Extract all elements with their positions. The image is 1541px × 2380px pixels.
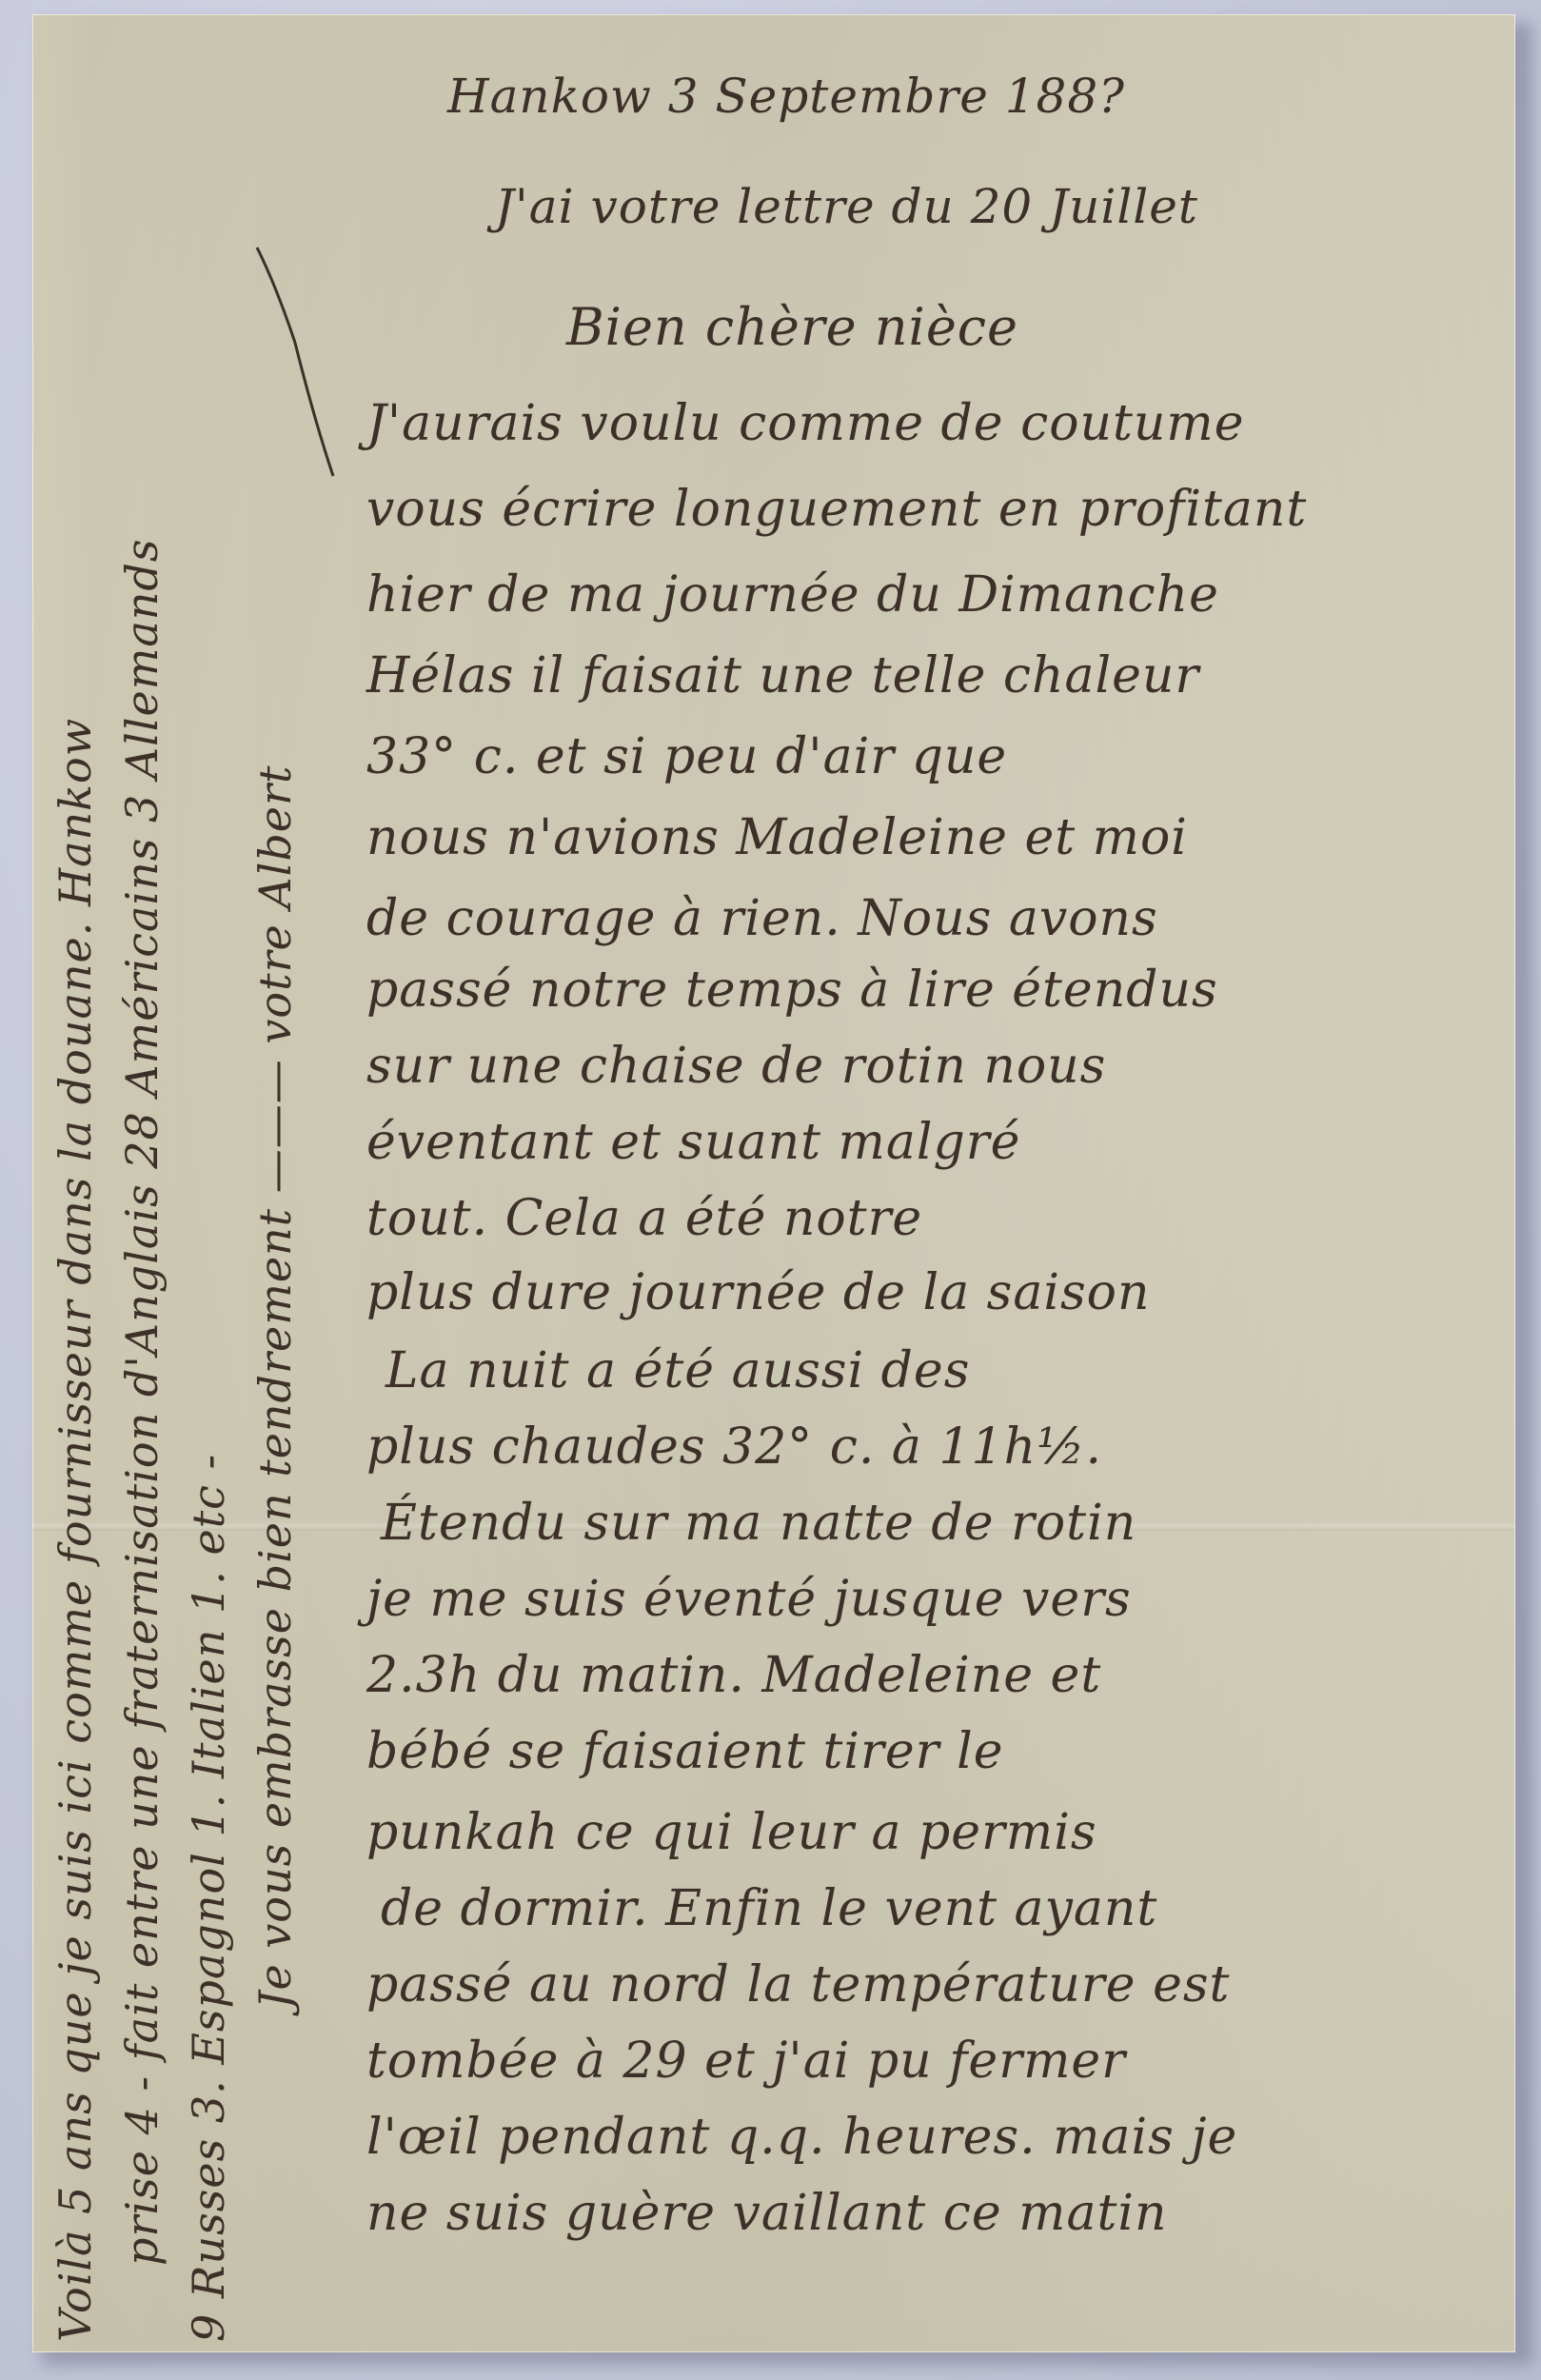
body-line: plus chaudes 32° c. à 11h½. — [366, 1418, 1102, 1476]
body-line: nous n'avions Madeleine et moi — [366, 809, 1188, 866]
body-line: de courage à rien. Nous avons — [366, 890, 1158, 947]
body-line: l'œil pendant q.q. heures. mais je — [366, 2109, 1237, 2166]
body-line: passé au nord la température est — [366, 1956, 1230, 2013]
signature-flourish-icon — [238, 228, 352, 514]
margin-line: Voilà 5 ans que je suis ici comme fourni… — [49, 718, 101, 2342]
letter-place-date: Hankow 3 Septembre 188? — [447, 69, 1125, 124]
body-line: sur une chaise de rotin nous — [366, 1038, 1106, 1095]
body-line: 2.3h du matin. Madeleine et — [366, 1647, 1101, 1704]
body-line: de dormir. Enfin le vent ayant — [381, 1880, 1157, 1937]
margin-line: prise 4 - fait entre une fraternisation … — [116, 539, 168, 2266]
letter-reply-note: J'ai votre lettre du 20 Juillet — [495, 179, 1198, 234]
body-line: punkah ce qui leur a permis — [366, 1804, 1097, 1861]
body-line: La nuit a été aussi des — [385, 1342, 970, 1399]
body-line: Hélas il faisait une telle chaleur — [366, 647, 1199, 704]
letter-salutation: Bien chère nièce — [566, 297, 1018, 357]
body-line: vous écrire longuement en profitant — [366, 481, 1307, 538]
body-line: bébé se faisaient tirer le — [366, 1723, 1003, 1780]
margin-line: Je vous embrasse bien tendrement ——— vot… — [249, 765, 301, 2009]
body-line: tombée à 29 et j'ai pu fermer — [366, 2033, 1126, 2090]
body-line: plus dure journée de la saison — [366, 1264, 1150, 1321]
margin-line: 9 Russes 3. Espagnol 1. Italien 1. etc - — [183, 1454, 234, 2342]
body-line: J'aurais voulu comme de coutume — [366, 395, 1245, 452]
body-line: je me suis éventé jusque vers — [366, 1571, 1132, 1628]
body-line: ne suis guère vaillant ce matin — [366, 2185, 1167, 2242]
body-line: 33° c. et si peu d'air que — [366, 728, 1007, 785]
body-line: tout. Cela a été notre — [366, 1190, 922, 1247]
body-line: Étendu sur ma natte de rotin — [381, 1495, 1136, 1552]
body-line: passé notre temps à lire étendus — [366, 962, 1218, 1019]
body-line: hier de ma journée du Dimanche — [366, 566, 1219, 624]
body-line: éventant et suant malgré — [366, 1114, 1020, 1171]
